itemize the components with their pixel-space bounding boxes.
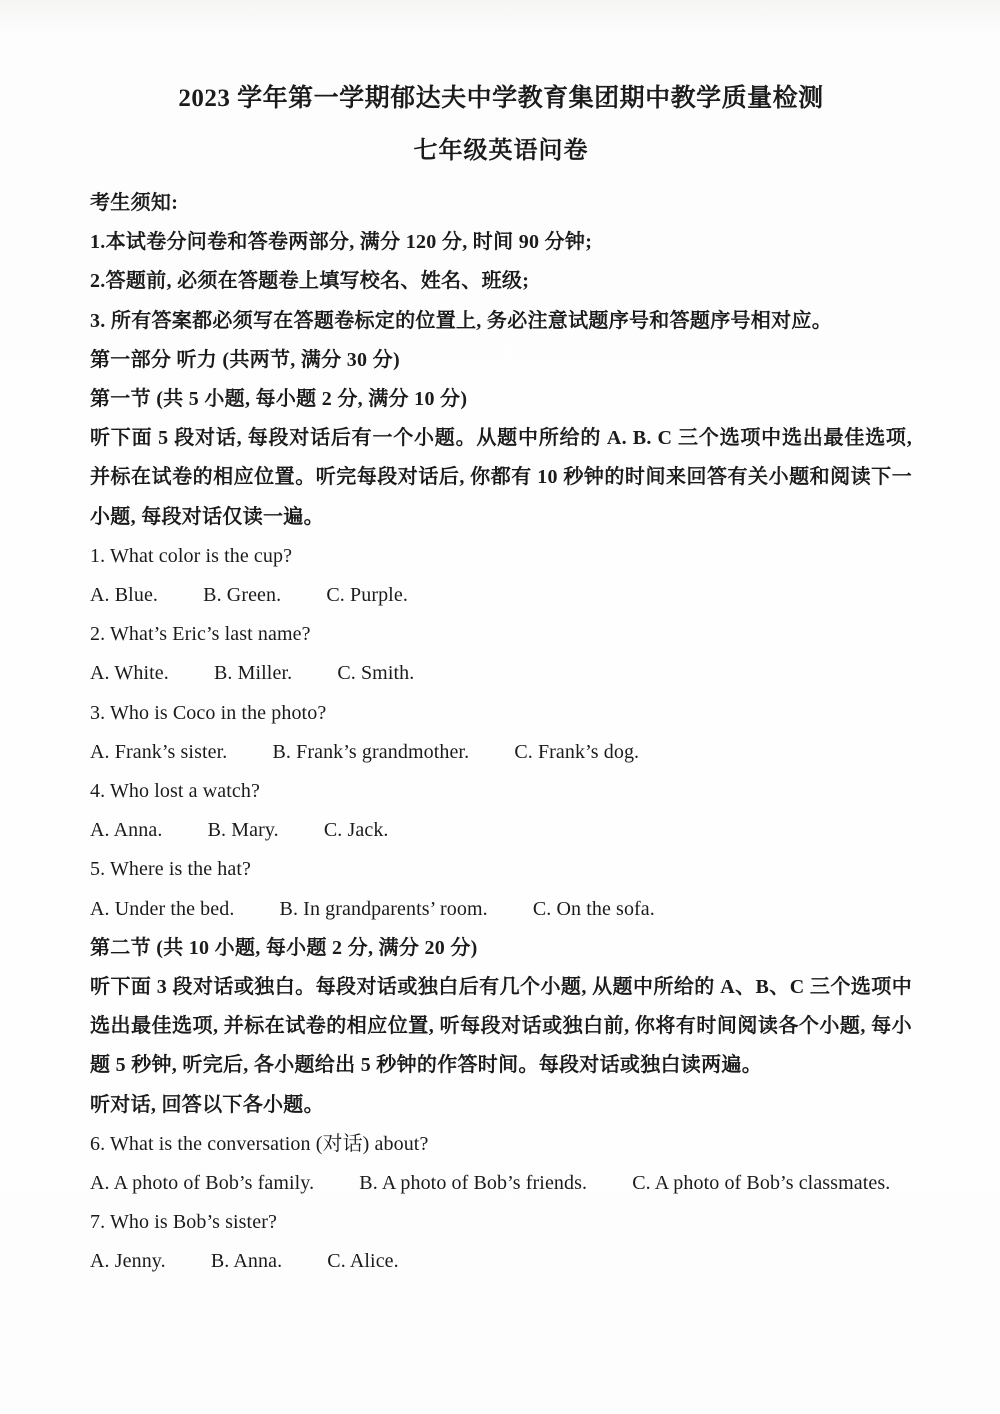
question-5: 5. Where is the hat? A. Under the bed. B… bbox=[90, 850, 912, 928]
question-5-options: A. Under the bed. B. In grandparents’ ro… bbox=[90, 890, 912, 929]
question-7: 7. Who is Bob’s sister? A. Jenny. B. Ann… bbox=[90, 1203, 912, 1281]
question-5-option-b: B. In grandparents’ room. bbox=[280, 890, 488, 929]
notice-item-1: 1.本试卷分问卷和答卷两部分, 满分 120 分, 时间 90 分钟; bbox=[90, 223, 912, 262]
question-1: 1. What color is the cup? A. Blue. B. Gr… bbox=[90, 537, 912, 615]
question-6-option-a: A. A photo of Bob’s family. bbox=[90, 1164, 314, 1203]
question-6-option-b: B. A photo of Bob’s friends. bbox=[359, 1164, 587, 1203]
question-4-option-c: C. Jack. bbox=[324, 811, 389, 850]
question-2-option-c: C. Smith. bbox=[337, 654, 414, 693]
section1-heading: 第一节 (共 5 小题, 每小题 2 分, 满分 10 分) bbox=[90, 380, 912, 419]
question-2-option-b: B. Miller. bbox=[214, 654, 292, 693]
question-1-text: 1. What color is the cup? bbox=[90, 537, 912, 576]
question-6-options: A. A photo of Bob’s family. B. A photo o… bbox=[90, 1164, 912, 1203]
exam-title: 2023 学年第一学期郁达夫中学教育集团期中教学质量检测 bbox=[90, 82, 912, 116]
question-6-text: 6. What is the conversation (对话) about? bbox=[90, 1125, 912, 1164]
part1-heading: 第一部分 听力 (共两节, 满分 30 分) bbox=[90, 341, 912, 380]
question-2-text: 2. What’s Eric’s last name? bbox=[90, 615, 912, 654]
question-4: 4. Who lost a watch? A. Anna. B. Mary. C… bbox=[90, 772, 912, 850]
question-7-option-c: C. Alice. bbox=[327, 1242, 398, 1281]
exam-paper-page: 2023 学年第一学期郁达夫中学教育集团期中教学质量检测 七年级英语问卷 考生须… bbox=[0, 0, 1000, 1414]
section2-heading: 第二节 (共 10 小题, 每小题 2 分, 满分 20 分) bbox=[90, 929, 912, 968]
question-4-text: 4. Who lost a watch? bbox=[90, 772, 912, 811]
question-4-options: A. Anna. B. Mary. C. Jack. bbox=[90, 811, 912, 850]
section1-instructions: 听下面 5 段对话, 每段对话后有一个小题。从题中所给的 A. B. C 三个选… bbox=[90, 419, 912, 537]
question-1-option-c: C. Purple. bbox=[326, 576, 408, 615]
question-7-option-b: B. Anna. bbox=[211, 1242, 282, 1281]
question-3-options: A. Frank’s sister. B. Frank’s grandmothe… bbox=[90, 733, 912, 772]
question-3-option-a: A. Frank’s sister. bbox=[90, 733, 227, 772]
question-1-option-a: A. Blue. bbox=[90, 576, 158, 615]
question-7-options: A. Jenny. B. Anna. C. Alice. bbox=[90, 1242, 912, 1281]
question-7-text: 7. Who is Bob’s sister? bbox=[90, 1203, 912, 1242]
section2-instructions: 听下面 3 段对话或独白。每段对话或独白后有几个小题, 从题中所给的 A、B、C… bbox=[90, 968, 912, 1086]
question-5-text: 5. Where is the hat? bbox=[90, 850, 912, 889]
notice-heading: 考生须知: bbox=[90, 184, 912, 223]
section2-sub-instruction: 听对话, 回答以下各小题。 bbox=[90, 1086, 912, 1125]
notice-item-3: 3. 所有答案都必须写在答题卷标定的位置上, 务必注意试题序号和答题序号相对应。 bbox=[90, 302, 912, 341]
exam-subtitle: 七年级英语问卷 bbox=[90, 134, 912, 168]
question-3: 3. Who is Coco in the photo? A. Frank’s … bbox=[90, 694, 912, 772]
notice-item-2: 2.答题前, 必须在答题卷上填写校名、姓名、班级; bbox=[90, 262, 912, 301]
question-4-option-a: A. Anna. bbox=[90, 811, 162, 850]
question-5-option-c: C. On the sofa. bbox=[533, 890, 655, 929]
question-5-option-a: A. Under the bed. bbox=[90, 890, 234, 929]
exam-body: 考生须知: 1.本试卷分问卷和答卷两部分, 满分 120 分, 时间 90 分钟… bbox=[90, 184, 912, 1282]
question-6: 6. What is the conversation (对话) about? … bbox=[90, 1125, 912, 1203]
question-3-text: 3. Who is Coco in the photo? bbox=[90, 694, 912, 733]
question-4-option-b: B. Mary. bbox=[208, 811, 279, 850]
question-1-options: A. Blue. B. Green. C. Purple. bbox=[90, 576, 912, 615]
question-6-option-c: C. A photo of Bob’s classmates. bbox=[632, 1164, 890, 1203]
question-2-options: A. White. B. Miller. C. Smith. bbox=[90, 654, 912, 693]
question-3-option-b: B. Frank’s grandmother. bbox=[272, 733, 469, 772]
question-1-option-b: B. Green. bbox=[203, 576, 281, 615]
question-2-option-a: A. White. bbox=[90, 654, 169, 693]
question-7-option-a: A. Jenny. bbox=[90, 1242, 166, 1281]
question-2: 2. What’s Eric’s last name? A. White. B.… bbox=[90, 615, 912, 693]
question-3-option-c: C. Frank’s dog. bbox=[514, 733, 639, 772]
